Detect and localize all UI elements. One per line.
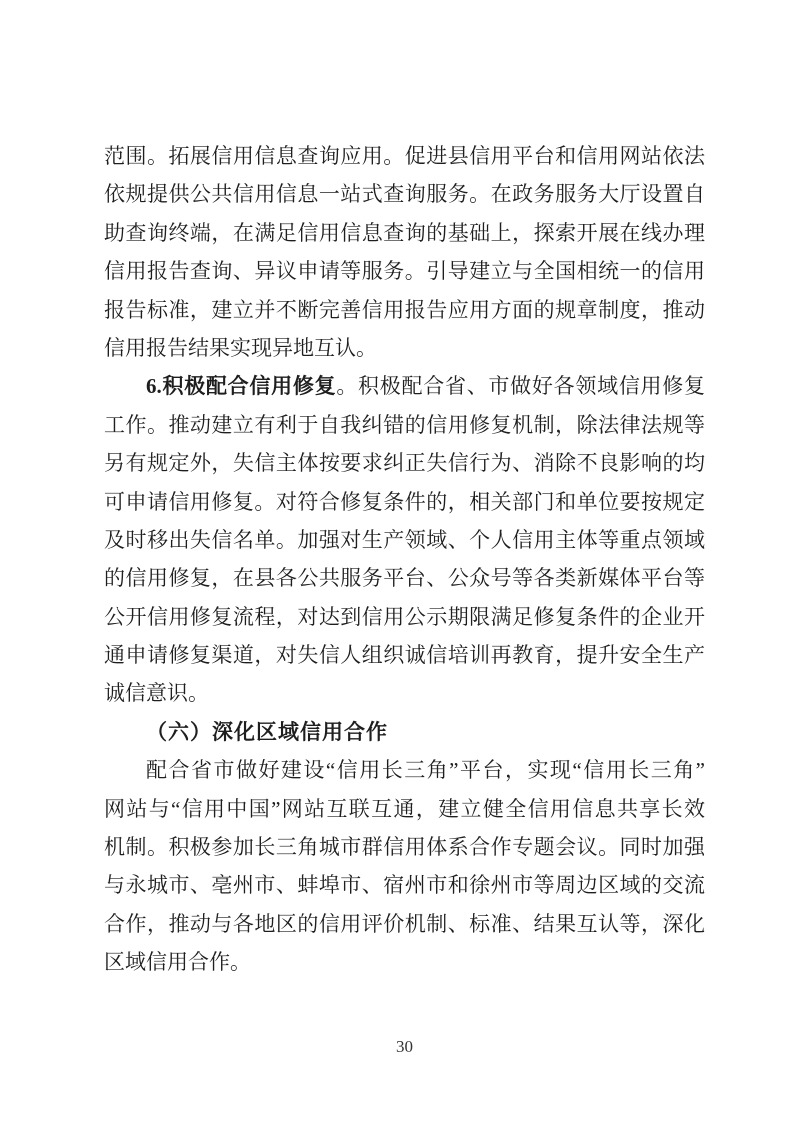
document-page: 范围。拓展信用信息查询应用。促进县信用平台和信用网站依法依规提供公共信用信息一站… <box>0 0 793 1122</box>
text-line: 信用报告结果实现异地互认。 <box>104 329 705 367</box>
text-line: 区域信用合作。 <box>104 943 705 981</box>
text-column: 范围。拓展信用信息查询应用。促进县信用平台和信用网站依法依规提供公共信用信息一站… <box>104 137 705 982</box>
text-line: 报告标准，建立并不断完善信用报告应用方面的规章制度，推动 <box>104 291 705 329</box>
bold-lead-in: 6.积极配合信用修复 <box>146 374 336 398</box>
section-heading: （六）深化区域信用合作 <box>104 713 705 751</box>
page-number: 30 <box>104 1034 705 1060</box>
text-line: 另有规定外，失信主体按要求纠正失信行为、消除不良影响的均 <box>104 444 705 482</box>
text-line: 助查询终端，在满足信用信息查询的基础上，探索开展在线办理 <box>104 214 705 252</box>
text-line: 合作，推动与各地区的信用评价机制、标准、结果互认等，深化 <box>104 905 705 943</box>
text-line: 及时移出失信名单。加强对生产领域、个人信用主体等重点领域 <box>104 521 705 559</box>
text-line: 与永城市、亳州市、蚌埠市、宿州市和徐州市等周边区域的交流 <box>104 866 705 904</box>
text-line: 可申请信用修复。对符合修复条件的，相关部门和单位要按规定 <box>104 483 705 521</box>
text-line: 6.积极配合信用修复。积极配合省、市做好各领域信用修复 <box>104 367 705 405</box>
text-line: 通申请修复渠道，对失信人组织诚信培训再教育，提升安全生产 <box>104 636 705 674</box>
text-line: 的信用修复，在县各公共服务平台、公众号等各类新媒体平台等 <box>104 559 705 597</box>
text-line: 机制。积极参加长三角城市群信用体系合作专题会议。同时加强 <box>104 828 705 866</box>
text-line: 信用报告查询、异议申请等服务。引导建立与全国相统一的信用 <box>104 252 705 290</box>
text-line: 范围。拓展信用信息查询应用。促进县信用平台和信用网站依法 <box>104 137 705 175</box>
text-line: 网站与“信用中国”网站互联互通，建立健全信用信息共享长效 <box>104 790 705 828</box>
text-line: 诚信意识。 <box>104 674 705 712</box>
text-line: 依规提供公共信用信息一站式查询服务。在政务服务大厅设置自 <box>104 175 705 213</box>
text-line: 公开信用修复流程，对达到信用公示期限满足修复条件的企业开 <box>104 598 705 636</box>
text-line: 工作。推动建立有利于自我纠错的信用修复机制，除法律法规等 <box>104 406 705 444</box>
text-line: 配合省市做好建设“信用长三角”平台，实现“信用长三角” <box>104 751 705 789</box>
